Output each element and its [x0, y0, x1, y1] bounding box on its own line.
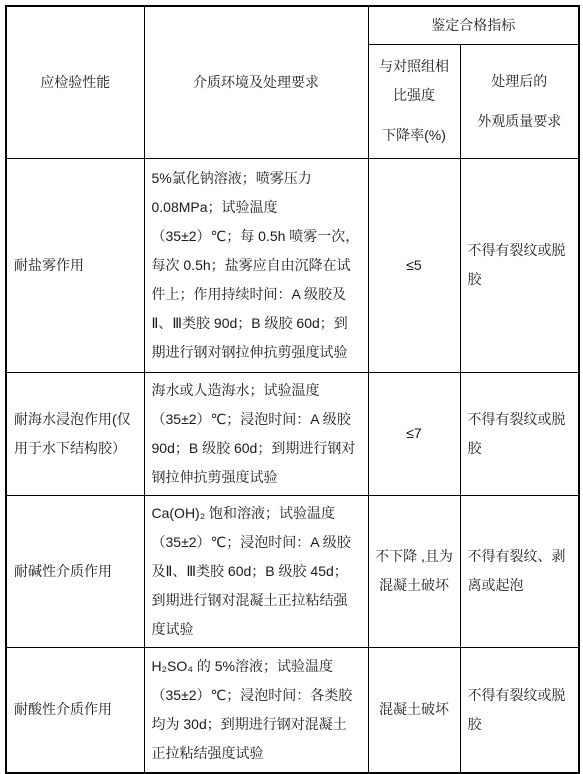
adhesive-durability-spec-table: 应检验性能 介质环境及处理要求 鉴定合格指标 与对照组相比强度 下降率(%) 处…	[5, 5, 580, 752]
cell-performance: 耐海水浸泡作用(仅用于水下结构胶）	[6, 372, 144, 495]
cell-performance: 耐酸性介质作用	[6, 647, 144, 752]
header-appearance-line2: 外观质量要求	[468, 107, 572, 136]
cell-environment: H₂SO₄ 的 5%溶液；试验温度（35±2）℃；浸泡时间：各类胶均为 30d；…	[144, 647, 368, 752]
cell-strength-drop: 混凝土破坏	[368, 647, 460, 752]
header-environment: 介质环境及处理要求	[144, 6, 368, 158]
cell-environment: 海水或人造海水；试验温度（35±2）℃；浸泡时间：A 级胶 90d；B 级胶 6…	[144, 372, 368, 495]
cell-strength-drop: ≤5	[368, 158, 460, 372]
cell-performance: 耐碱性介质作用	[6, 495, 144, 647]
cell-appearance: 不得有裂纹或脱胶	[460, 647, 579, 752]
cell-strength-drop: ≤7	[368, 372, 460, 495]
header-appearance-line1: 处理后的	[468, 67, 572, 96]
table-row-alkali: 耐碱性介质作用 Ca(OH)₂ 饱和溶液；试验温度（35±2）℃；浸泡时间：A …	[6, 495, 579, 647]
header-row-top: 应检验性能 介质环境及处理要求 鉴定合格指标	[6, 6, 579, 44]
table-row-salt-spray: 耐盐雾作用 5%氯化钠溶液；喷雾压力 0.08MPa；试验温度（35±2）℃；每…	[6, 158, 579, 372]
table-row-seawater: 耐海水浸泡作用(仅用于水下结构胶） 海水或人造海水；试验温度（35±2）℃；浸泡…	[6, 372, 579, 495]
header-appearance: 处理后的 外观质量要求	[460, 44, 579, 158]
cell-strength-drop: 不下降 ,且为混凝土破坏	[368, 495, 460, 647]
document-table-container: 应检验性能 介质环境及处理要求 鉴定合格指标 与对照组相比强度 下降率(%) 处…	[5, 5, 580, 752]
header-performance: 应检验性能	[6, 6, 144, 158]
table-row-acid: 耐酸性介质作用 H₂SO₄ 的 5%溶液；试验温度（35±2）℃；浸泡时间：各类…	[6, 647, 579, 752]
cell-performance: 耐盐雾作用	[6, 158, 144, 372]
cell-appearance: 不得有裂纹、剥离或起泡	[460, 495, 579, 647]
cell-appearance: 不得有裂纹或脱胶	[460, 372, 579, 495]
header-strength-drop: 与对照组相比强度 下降率(%)	[368, 44, 460, 158]
header-strength-drop-line1: 与对照组相比强度	[376, 52, 453, 110]
cell-appearance: 不得有裂纹或脱胶	[460, 158, 579, 372]
header-qualification-group: 鉴定合格指标	[368, 6, 579, 44]
cell-environment: Ca(OH)₂ 饱和溶液；试验温度（35±2）℃；浸泡时间：A 级胶及Ⅱ、Ⅲ类胶…	[144, 495, 368, 647]
header-strength-drop-line2: 下降率(%)	[376, 121, 453, 150]
cell-environment: 5%氯化钠溶液；喷雾压力 0.08MPa；试验温度（35±2）℃；每 0.5h …	[144, 158, 368, 372]
